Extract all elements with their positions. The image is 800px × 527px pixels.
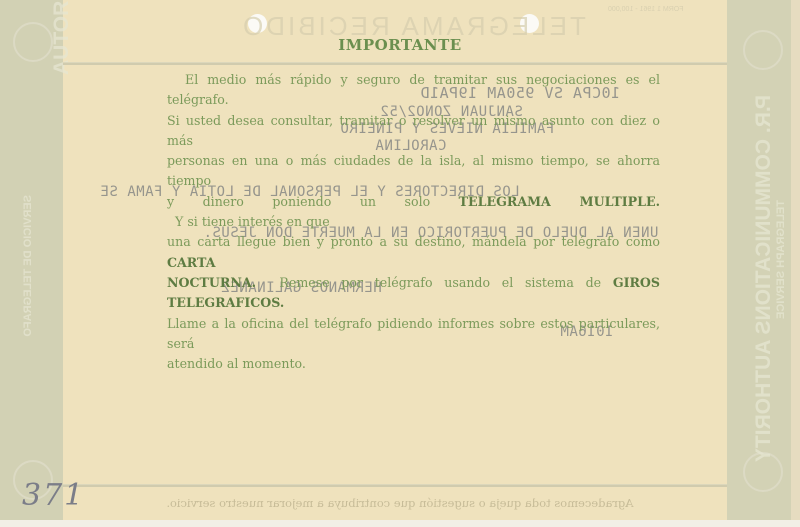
notice-text: y dinero poniendo un solo xyxy=(167,194,459,209)
left-band-subtitle: SERVICIO DE TELEGRAFO xyxy=(22,195,34,337)
notice-line: El medio más rápido y seguro de tramitar… xyxy=(167,70,660,111)
telegram-form-back: AUTORIDAD DE COMUNICACIONES DE P.R. SERV… xyxy=(0,0,800,527)
handwritten-number: 371 xyxy=(22,478,85,513)
notice-line: una carta llegue bien y pronto a su dest… xyxy=(167,232,660,273)
top-rule xyxy=(63,62,727,65)
notice-emphasis: NOCTURNA. xyxy=(167,275,256,290)
notice-text: Remese por telégrafo usando el sistema d… xyxy=(256,275,613,290)
important-notice-body: El medio más rápido y seguro de tramitar… xyxy=(167,70,660,374)
right-band-subtitle: TELEGRAPH SERVICE xyxy=(775,200,787,319)
scan-margin xyxy=(0,520,800,527)
notice-text: Y si tiene interés en que xyxy=(167,214,330,229)
notice-text: una carta llegue bien y pronto a su dest… xyxy=(167,234,660,249)
footer-note: Agradecemos toda queja o sugestión que c… xyxy=(0,496,800,510)
notice-emphasis: CARTA xyxy=(167,255,216,270)
form-small-print: FORM 1 1961 - 100,000 xyxy=(608,6,684,13)
notice-line: Llame a la oficina del telégrafo pidiend… xyxy=(167,314,660,355)
right-band-title: P.R. COMMUNICATIONS AUTHORITY xyxy=(752,95,776,462)
notice-emphasis: TELEGRAMA MULTIPLE. xyxy=(459,194,660,209)
notice-line: NOCTURNA. Remese por telégrafo usando el… xyxy=(167,273,660,314)
notice-line: personas en una o más ciudades de la isl… xyxy=(167,151,660,192)
notice-line: Si usted desea consultar, tramitar o res… xyxy=(167,111,660,152)
page-title: IMPORTANTE xyxy=(0,36,800,54)
notice-line: atendido al momento. xyxy=(167,354,660,374)
notice-line: y dinero poniendo un solo TELEGRAMA MULT… xyxy=(167,192,660,233)
paper-edge xyxy=(791,0,800,527)
bottom-rule xyxy=(63,484,727,487)
